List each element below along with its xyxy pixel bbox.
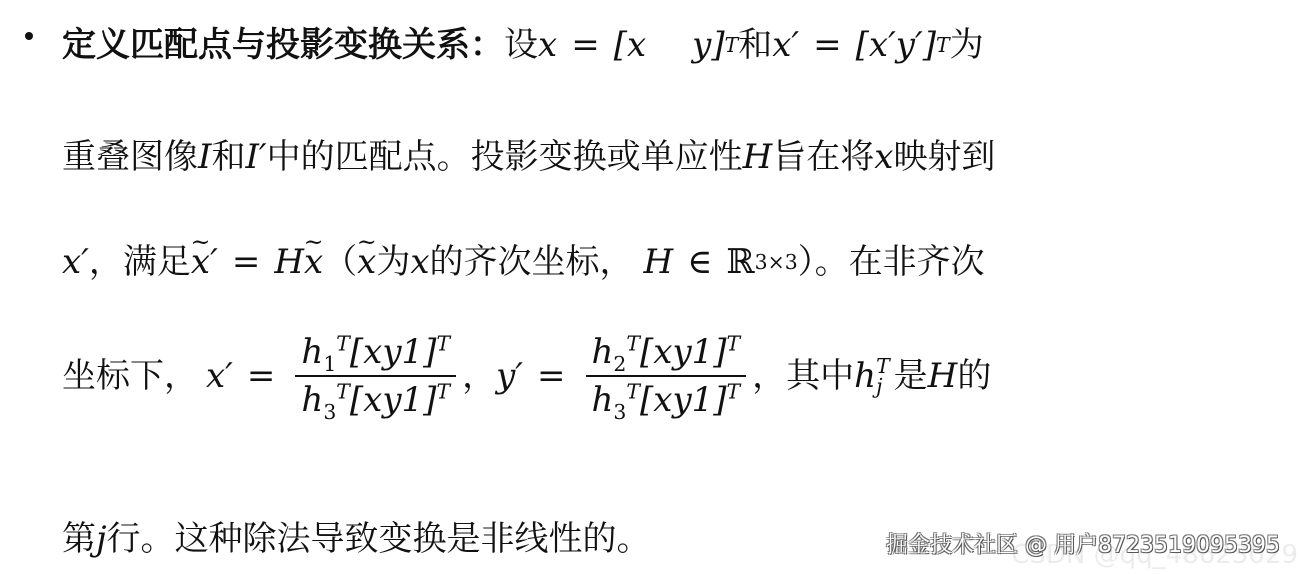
fraction-x: h1T[xy1]T h3T[xy1]T — [295, 335, 456, 417]
equals: = — [537, 359, 566, 393]
text: 是 — [894, 359, 928, 393]
text: 行。这种除法导致变换是非线性的。 — [107, 522, 651, 556]
heading-colon: ： — [470, 28, 504, 62]
text: 第 — [62, 522, 96, 556]
fraction-y: h2T[xy1]T h3T[xy1]T — [586, 335, 747, 417]
math-x-tilde: x — [304, 245, 323, 279]
line-2: 重叠图像 I 和 I′ 中的匹配点。投影变换或单应性 H 旨在将 x 映射到 — [62, 140, 995, 174]
text: ，满足 — [89, 245, 191, 279]
math-H: H — [743, 140, 773, 174]
math-x-prime: x′ — [772, 28, 799, 62]
text: 映射到 — [893, 140, 995, 174]
text: 坐标下， — [62, 359, 198, 393]
text: ）。在非齐次 — [798, 245, 985, 279]
comma: ， — [462, 359, 496, 393]
math-h-scripts: T j — [876, 356, 890, 397]
denominator: h3T[xy1]T — [295, 377, 456, 417]
equals: = — [813, 28, 842, 62]
math-H: H — [644, 245, 674, 279]
math-H: H — [928, 359, 958, 393]
math-I: I — [198, 140, 211, 174]
text: （ — [323, 245, 357, 279]
equals: = — [247, 359, 276, 393]
math-x-prime: x′ — [62, 245, 89, 279]
text: 的 — [957, 359, 991, 393]
line-3: x′ ，满足 x ′ = H x （ x 为 x 的齐次坐标， H ∈ ℝ 3×… — [62, 245, 985, 279]
text: ，其中 — [752, 359, 854, 393]
element-of: ∈ — [687, 245, 712, 279]
math-j: j — [96, 522, 107, 556]
text: 和 — [738, 28, 772, 62]
math-prime: ′ — [210, 245, 218, 279]
equals: = — [571, 28, 600, 62]
math-H: H — [274, 245, 304, 279]
line-4: 坐标下， x′ = h1T[xy1]T h3T[xy1]T ， y′ = h2T… — [62, 335, 991, 417]
text: 重叠图像 — [62, 140, 198, 174]
math-x: x — [410, 245, 429, 279]
math-h: h — [854, 359, 876, 393]
line-5: 第 j 行。这种除法导致变换是非线性的。 — [62, 522, 651, 556]
text: 为 — [376, 245, 410, 279]
bullet-heading: 定义匹配点与投影变换关系 — [62, 28, 470, 62]
math-vec-prime: [x′y′] — [856, 28, 936, 62]
text: 和 — [211, 140, 245, 174]
math-I-prime: I′ — [245, 140, 266, 174]
math-x: x — [538, 28, 557, 62]
math-x: x — [874, 140, 893, 174]
denominator: h3T[xy1]T — [586, 377, 747, 417]
text: 的齐次坐标， — [430, 245, 634, 279]
line-1: 定义匹配点与投影变换关系 ： 设 x = [x y] T 和 x′ = [x′y… — [62, 28, 984, 62]
text: 设 — [504, 28, 538, 62]
math-x-prime: x′ — [206, 359, 233, 393]
text: 中的匹配点。投影变换或单应性 — [267, 140, 743, 174]
numerator: h2T[xy1]T — [586, 335, 747, 377]
math-y-prime: y′ — [496, 359, 523, 393]
text: 为 — [950, 28, 984, 62]
bullet-dot — [25, 32, 33, 40]
math-x-tilde: x — [357, 245, 376, 279]
text: 旨在将 — [772, 140, 874, 174]
math-vec-x: [x — [614, 28, 646, 62]
equals: = — [232, 245, 261, 279]
math-vec-y: y] — [692, 28, 724, 62]
math-reals: ℝ — [726, 245, 754, 279]
numerator: h1T[xy1]T — [295, 335, 456, 377]
math-x-tilde: x — [191, 245, 210, 279]
watermark-primary: 掘金技术社区 @ 用户8723519095395 — [886, 528, 1280, 559]
